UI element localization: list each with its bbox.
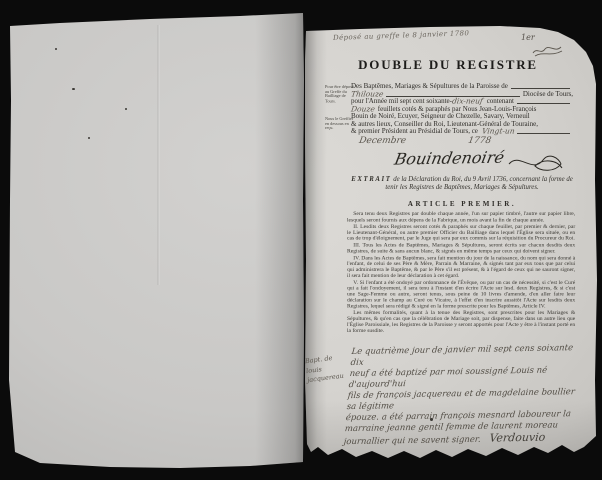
page-title: DOUBLE DU REGISTRE xyxy=(340,57,556,73)
preamble-text: Diocèse de Tours, xyxy=(523,91,573,99)
page-crease xyxy=(157,25,160,285)
priest-signature: Verdouvio xyxy=(489,431,546,445)
article-paragraph: II. Lesdits deux Registres seront cotés … xyxy=(347,224,575,242)
articles-block: Sera tenu deux Registres par double chaq… xyxy=(347,211,575,334)
article-premier-heading: ARTICLE PREMIER. xyxy=(349,200,575,208)
extrait-text: de la Déclaration du Roi, du 9 Avril 173… xyxy=(385,176,572,191)
binding-shadow xyxy=(305,0,327,480)
blank-rule xyxy=(517,133,570,134)
baptism-act-handwritten: Le quatrième jour de janvier mil sept ce… xyxy=(343,343,584,448)
article-paragraph: IV. Dans les Actes de Baptêmes, sera fai… xyxy=(347,255,575,279)
article-paragraph: Sera tenu deux Registres par double chaq… xyxy=(347,211,575,223)
paper-speck xyxy=(72,88,75,90)
margin-note-greffier: Nous le Greffier en dessous en reçu. xyxy=(325,117,354,131)
preamble-text: & premier Président au Présidial de Tour… xyxy=(351,128,478,136)
day-handwritten: Vingt-un xyxy=(481,128,515,136)
preamble-line: & premier Président au Présidial de Tour… xyxy=(351,128,573,136)
paper-speck xyxy=(88,137,90,139)
article-paragraph: V. Si l'enfant a été ondoyé par ordonnan… xyxy=(347,279,575,309)
month-handwritten: Decembre xyxy=(358,138,406,146)
parish-name-handwritten: Thilouze xyxy=(351,90,384,98)
year-suffix-handwritten: dix-neuf xyxy=(452,98,484,106)
signature-flourish-icon xyxy=(505,150,565,176)
blank-rule xyxy=(517,103,570,104)
preamble-dateline: Decembre 1778 xyxy=(351,138,573,146)
binding-shadow xyxy=(255,0,305,480)
deposit-annotation: Déposé au greffe le 8 janvier 1780 xyxy=(333,28,503,42)
paper-speck xyxy=(125,108,127,110)
act-line: journallier qui ne savent signer. Verdou… xyxy=(343,431,576,448)
extrait-heading: EXTRAIT de la Déclaration du Roi, du 9 A… xyxy=(349,176,575,192)
preamble-block: Des Baptêmes, Mariages & Sépultures de l… xyxy=(351,83,573,145)
article-paragraph: III. Tous les Actes de Baptêmes, Mariage… xyxy=(347,242,575,254)
extrait-label: EXTRAIT xyxy=(351,176,391,183)
article-paragraph: Les mêmes formalités, quant à la tenue d… xyxy=(347,310,575,334)
act-line-text: journallier qui ne savent signer. xyxy=(343,435,481,447)
margin-note-depot: Pour être déposé au Greffe du Bailliage … xyxy=(325,85,354,104)
blank-rule xyxy=(511,88,570,89)
scanned-register-spread: Déposé au greffe le 8 janvier 1780 1er D… xyxy=(0,0,602,480)
year-handwritten: 1778 xyxy=(467,138,491,146)
folio-count-handwritten: Douze xyxy=(351,105,376,113)
paper-speck xyxy=(55,48,57,50)
